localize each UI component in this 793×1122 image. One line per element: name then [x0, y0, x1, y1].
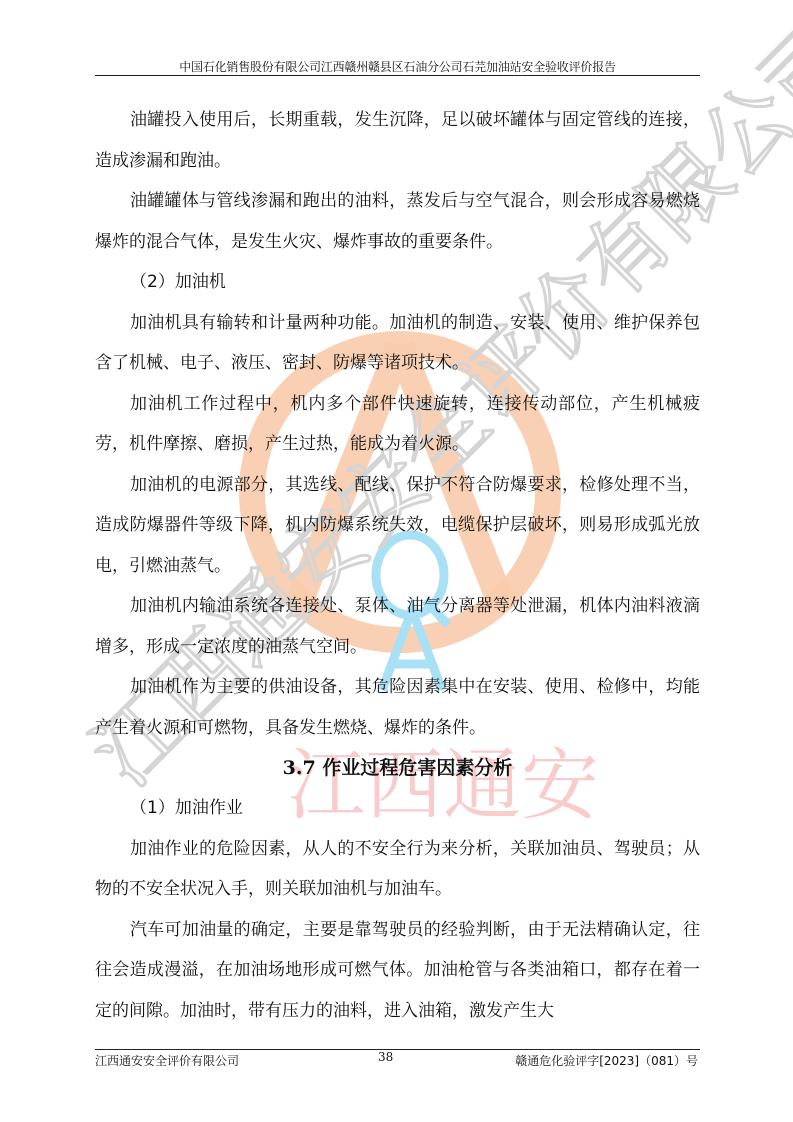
paragraph: 加油作业的危险因素，从人的不安全行为来分析，关联加油员、驾驶员；从物的不安全状况…: [95, 829, 700, 910]
footer-company: 江西通安安全评价有限公司: [95, 1052, 239, 1069]
paragraph: 油罐罐体与管线渗漏和跑出的油料，蒸发后与空气混合，则会形成容易燃烧爆炸的混合气体…: [95, 181, 700, 262]
document-page: 江西通安安全评价有限公司 江西通安 中国石化销售股份有限公司江西赣州赣县区石油分…: [0, 0, 793, 1122]
section-title: 3.7 作业过程危害因素分析: [95, 748, 700, 788]
footer-divider: [95, 1049, 700, 1050]
header-title: 中国石化销售股份有限公司江西赣州赣县区石油分公司石芫加油站安全验收评价报告: [95, 58, 700, 75]
subheading: （2）加油机: [95, 262, 700, 303]
subheading: （1）加油作业: [95, 788, 700, 829]
paragraph: 油罐投入使用后，长期重载，发生沉降，足以破坏罐体与固定管线的连接，造成渗漏和跑油…: [95, 100, 700, 181]
document-body: 油罐投入使用后，长期重载，发生沉降，足以破坏罐体与固定管线的连接，造成渗漏和跑油…: [95, 100, 700, 1031]
page-number: 38: [378, 1050, 393, 1064]
paragraph: 加油机内输油系统各连接处、泵体、油气分离器等处泄漏，机体内油料液滴增多，形成一定…: [95, 586, 700, 667]
paragraph: 加油机的电源部分，其选线、配线、保护不符合防爆要求，检修处理不当，造成防爆器件等…: [95, 465, 700, 587]
paragraph: 汽车可加油量的确定，主要是靠驾驶员的经验判断，由于无法精确认定，往往会造成漫溢，…: [95, 910, 700, 1032]
document-number: 赣通危化验评字[2023]（081）号: [515, 1052, 698, 1069]
paragraph: 加油机工作过程中，机内多个部件快速旋转，连接传动部位，产生机械疲劳，机件摩擦、磨…: [95, 384, 700, 465]
header-divider: [95, 75, 700, 76]
paragraph: 加油机具有输转和计量两种功能。加油机的制造、安装、使用、维护保养包含了机械、电子…: [95, 303, 700, 384]
paragraph: 加油机作为主要的供油设备，其危险因素集中在安装、使用、检修中，均能产生着火源和可…: [95, 667, 700, 748]
